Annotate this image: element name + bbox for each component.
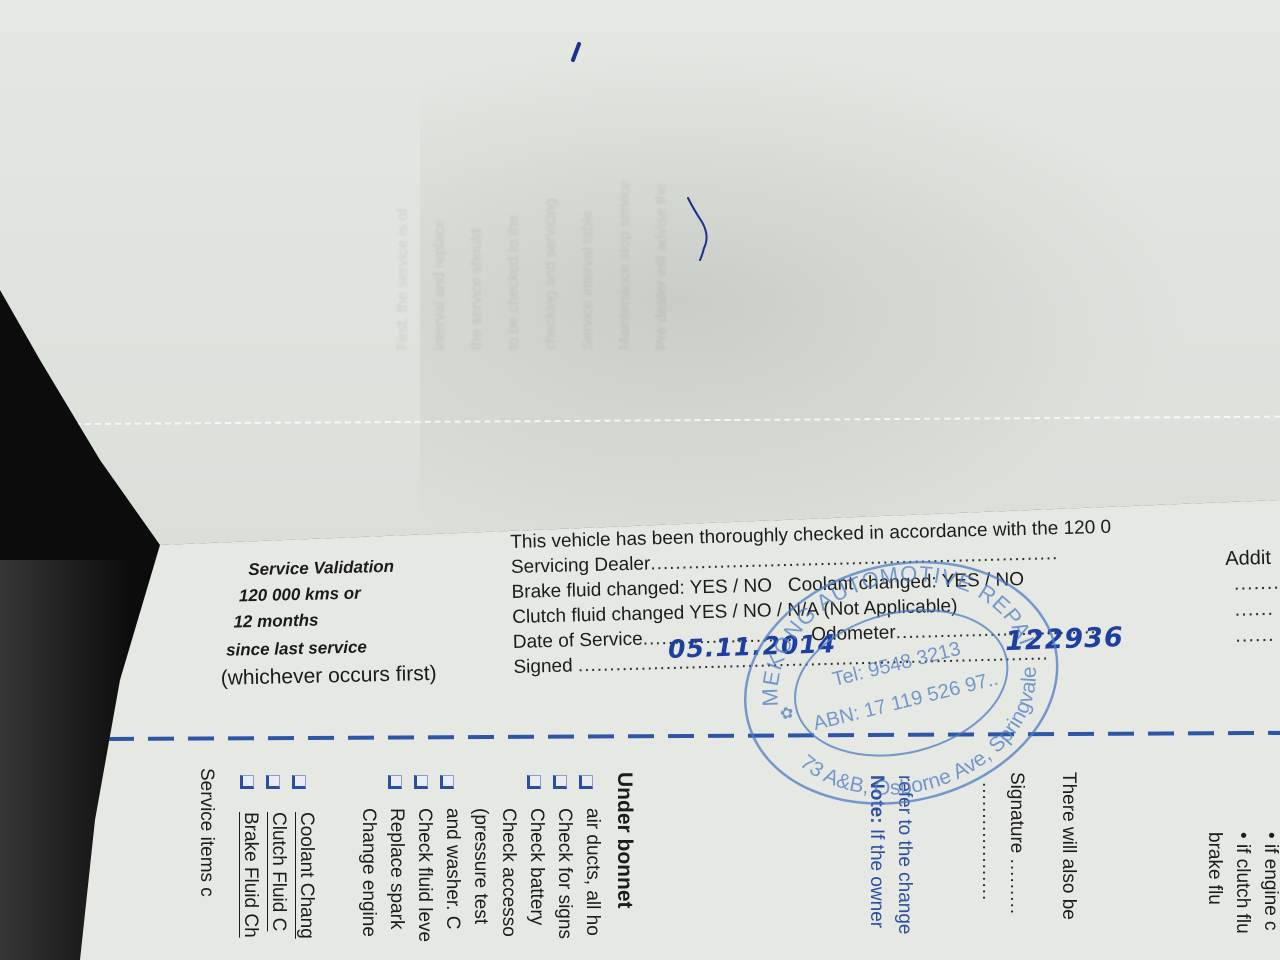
handwritten-date-of-service: 05.11.2014 [668, 629, 837, 664]
service-validation-label: Service Validation 120 000 kms or 12 mon… [210, 552, 493, 694]
additional-line[interactable]: ...... [1226, 596, 1280, 623]
additional-line[interactable]: ....... [1226, 570, 1280, 597]
pen-bracket-mark [680, 190, 720, 270]
checkbox[interactable] [414, 775, 428, 789]
checkbox[interactable] [579, 775, 593, 789]
signature-field[interactable]: Signature ......... ................... [974, 772, 1030, 915]
perforation-line [75, 416, 1280, 425]
checkbox[interactable] [240, 775, 254, 789]
show-through-text: Pre dealer will advise the Maintenance s… [230, 20, 670, 350]
additional-line[interactable]: ...... [1227, 622, 1280, 649]
stamp-flower-icon: ✿ [778, 704, 795, 724]
owner-note: refer to the change Note: If the owner [862, 775, 918, 935]
fluid-checkboxes [240, 775, 306, 789]
under-bonnet-checkboxes-b [527, 775, 593, 789]
pen-tick-mark [566, 40, 586, 70]
checkbox[interactable] [527, 775, 541, 789]
checkbox[interactable] [292, 775, 306, 789]
additional-column: Addit ....... ...... ...... [1225, 547, 1280, 649]
date-of-service-label: Date of Service [513, 629, 643, 653]
fluid-change-items: Coolant Chang Clutch Fluid C Brake Fluid… [236, 812, 320, 939]
conditional-bullets: • if engine c • if clutch flu brake flu [1200, 832, 1280, 934]
under-bonnet-checkboxes-a [388, 775, 454, 789]
under-bonnet-heading: Under bonnet [610, 772, 638, 909]
checkbox[interactable] [440, 775, 454, 789]
stamp-abn: ABN: 17 119 526 97.. [811, 668, 1000, 735]
handwritten-odometer: 122936 [1004, 622, 1124, 657]
checkbox[interactable] [388, 775, 402, 789]
service-items-column: Service items c [192, 768, 220, 897]
checkbox[interactable] [266, 775, 280, 789]
under-bonnet-items: air ducts, all ho Check for signs Check … [354, 808, 606, 942]
additional-charges-text: There will also be [1054, 772, 1082, 920]
validation-form: This vehicle has been thoroughly checked… [510, 510, 1280, 680]
checkbox[interactable] [553, 775, 567, 789]
dashed-divider [108, 731, 1280, 741]
facing-page: Pre dealer will advise the Maintenance s… [0, 0, 1280, 545]
